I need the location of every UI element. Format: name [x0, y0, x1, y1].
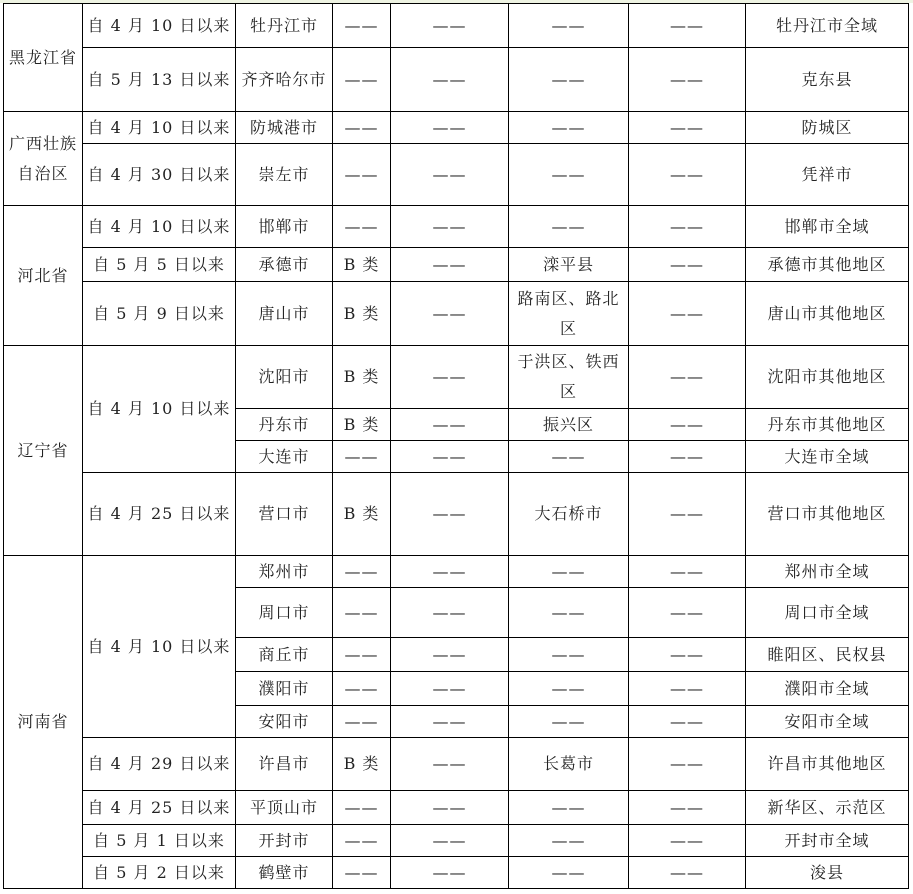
- c7-cell: ——: [629, 441, 746, 473]
- city-cell: 许昌市: [236, 738, 333, 791]
- city-cell: 崇左市: [236, 144, 333, 206]
- scope-cell: 浚县: [746, 857, 909, 889]
- date-cell: 自 4 月 29 日以来: [83, 738, 236, 791]
- date-cell: 自 4 月 10 日以来: [83, 112, 236, 144]
- c4-cell: ——: [333, 588, 391, 638]
- city-cell: 鹤壁市: [236, 857, 333, 889]
- c7-cell: ——: [629, 556, 746, 588]
- city-cell: 平顶山市: [236, 791, 333, 825]
- scope-cell: 周口市全域: [746, 588, 909, 638]
- city-cell: 开封市: [236, 825, 333, 857]
- city-cell: 齐齐哈尔市: [236, 48, 333, 112]
- c6-cell: ——: [509, 791, 629, 825]
- city-cell: 郑州市: [236, 556, 333, 588]
- city-cell: 牡丹江市: [236, 4, 333, 48]
- table-row: 河南省自 4 月 10 日以来郑州市————————郑州市全域: [4, 556, 909, 588]
- c4-cell: ——: [333, 441, 391, 473]
- c7-cell: ——: [629, 825, 746, 857]
- table-row: 自 5 月 5 日以来承德市B 类——滦平县——承德市其他地区: [4, 248, 909, 282]
- scope-cell: 邯郸市全域: [746, 206, 909, 248]
- city-cell: 营口市: [236, 473, 333, 556]
- c4-cell: ——: [333, 48, 391, 112]
- table-row: 黑龙江省自 4 月 10 日以来牡丹江市————————牡丹江市全域: [4, 4, 909, 48]
- c6-cell: ——: [509, 144, 629, 206]
- date-cell: 自 4 月 10 日以来: [83, 346, 236, 473]
- c6-cell: 路南区、路北区: [509, 282, 629, 346]
- c5-cell: ——: [391, 706, 509, 738]
- c4-cell: B 类: [333, 473, 391, 556]
- c7-cell: ——: [629, 144, 746, 206]
- scope-cell: 沈阳市其他地区: [746, 346, 909, 409]
- c6-cell: ——: [509, 441, 629, 473]
- c5-cell: ——: [391, 441, 509, 473]
- c4-cell: B 类: [333, 248, 391, 282]
- c6-cell: ——: [509, 706, 629, 738]
- scope-cell: 安阳市全域: [746, 706, 909, 738]
- scope-cell: 郑州市全域: [746, 556, 909, 588]
- c7-cell: ——: [629, 638, 746, 672]
- c4-cell: ——: [333, 4, 391, 48]
- table-row: 辽宁省自 4 月 10 日以来沈阳市B 类——于洪区、铁西区——沈阳市其他地区: [4, 346, 909, 409]
- province-cell: 河南省: [4, 556, 83, 889]
- date-cell: 自 5 月 1 日以来: [83, 825, 236, 857]
- c7-cell: ——: [629, 738, 746, 791]
- c4-cell: ——: [333, 638, 391, 672]
- c7-cell: ——: [629, 282, 746, 346]
- scope-cell: 丹东市其他地区: [746, 409, 909, 441]
- scope-cell: 开封市全域: [746, 825, 909, 857]
- c7-cell: ——: [629, 346, 746, 409]
- date-cell: 自 4 月 10 日以来: [83, 4, 236, 48]
- c7-cell: ——: [629, 4, 746, 48]
- c5-cell: ——: [391, 857, 509, 889]
- scope-cell: 大连市全域: [746, 441, 909, 473]
- c7-cell: ——: [629, 857, 746, 889]
- city-cell: 濮阳市: [236, 672, 333, 706]
- city-cell: 商丘市: [236, 638, 333, 672]
- scope-cell: 营口市其他地区: [746, 473, 909, 556]
- table-row: 自 4 月 25 日以来平顶山市————————新华区、示范区: [4, 791, 909, 825]
- date-cell: 自 4 月 25 日以来: [83, 791, 236, 825]
- c6-cell: ——: [509, 556, 629, 588]
- date-cell: 自 5 月 13 日以来: [83, 48, 236, 112]
- c4-cell: ——: [333, 706, 391, 738]
- c6-cell: ——: [509, 112, 629, 144]
- scope-cell: 濮阳市全域: [746, 672, 909, 706]
- c4-cell: ——: [333, 206, 391, 248]
- c6-cell: 于洪区、铁西区: [509, 346, 629, 409]
- c7-cell: ——: [629, 112, 746, 144]
- c7-cell: ——: [629, 48, 746, 112]
- c7-cell: ——: [629, 473, 746, 556]
- c5-cell: ——: [391, 473, 509, 556]
- city-cell: 承德市: [236, 248, 333, 282]
- c5-cell: ——: [391, 409, 509, 441]
- date-cell: 自 4 月 25 日以来: [83, 473, 236, 556]
- scope-cell: 承德市其他地区: [746, 248, 909, 282]
- scope-cell: 防城区: [746, 112, 909, 144]
- c5-cell: ——: [391, 588, 509, 638]
- c4-cell: ——: [333, 825, 391, 857]
- c4-cell: ——: [333, 791, 391, 825]
- city-cell: 防城港市: [236, 112, 333, 144]
- scope-cell: 睢阳区、民权县: [746, 638, 909, 672]
- table-row: 自 5 月 9 日以来唐山市B 类——路南区、路北区——唐山市其他地区: [4, 282, 909, 346]
- date-cell: 自 5 月 5 日以来: [83, 248, 236, 282]
- table-row: 自 4 月 25 日以来营口市B 类——大石桥市——营口市其他地区: [4, 473, 909, 556]
- c6-cell: ——: [509, 857, 629, 889]
- table-row: 自 5 月 13 日以来齐齐哈尔市————————克东县: [4, 48, 909, 112]
- c7-cell: ——: [629, 206, 746, 248]
- scope-cell: 凭祥市: [746, 144, 909, 206]
- c6-cell: 长葛市: [509, 738, 629, 791]
- scope-cell: 克东县: [746, 48, 909, 112]
- c7-cell: ——: [629, 409, 746, 441]
- c6-cell: ——: [509, 4, 629, 48]
- table-row: 自 5 月 2 日以来鹤壁市————————浚县: [4, 857, 909, 889]
- c5-cell: ——: [391, 282, 509, 346]
- c5-cell: ——: [391, 346, 509, 409]
- province-cell: 黑龙江省: [4, 4, 83, 112]
- table-row: 河北省自 4 月 10 日以来邯郸市————————邯郸市全域: [4, 206, 909, 248]
- c4-cell: B 类: [333, 738, 391, 791]
- c4-cell: ——: [333, 857, 391, 889]
- c5-cell: ——: [391, 206, 509, 248]
- c6-cell: 大石桥市: [509, 473, 629, 556]
- c4-cell: B 类: [333, 282, 391, 346]
- province-cell: 辽宁省: [4, 346, 83, 556]
- c6-cell: 振兴区: [509, 409, 629, 441]
- c4-cell: B 类: [333, 346, 391, 409]
- scope-cell: 牡丹江市全域: [746, 4, 909, 48]
- c4-cell: ——: [333, 672, 391, 706]
- c6-cell: ——: [509, 206, 629, 248]
- c7-cell: ——: [629, 588, 746, 638]
- province-cell: 广西壮族自治区: [4, 112, 83, 206]
- c5-cell: ——: [391, 144, 509, 206]
- scope-cell: 唐山市其他地区: [746, 282, 909, 346]
- date-cell: 自 4 月 10 日以来: [83, 206, 236, 248]
- scope-cell: 新华区、示范区: [746, 791, 909, 825]
- c5-cell: ——: [391, 48, 509, 112]
- table-row: 自 4 月 29 日以来许昌市B 类——长葛市——许昌市其他地区: [4, 738, 909, 791]
- city-cell: 邯郸市: [236, 206, 333, 248]
- c5-cell: ——: [391, 825, 509, 857]
- c5-cell: ——: [391, 248, 509, 282]
- city-cell: 周口市: [236, 588, 333, 638]
- table-row: 自 5 月 1 日以来开封市————————开封市全域: [4, 825, 909, 857]
- c4-cell: ——: [333, 112, 391, 144]
- c4-cell: B 类: [333, 409, 391, 441]
- c7-cell: ——: [629, 706, 746, 738]
- c6-cell: ——: [509, 48, 629, 112]
- c5-cell: ——: [391, 4, 509, 48]
- date-cell: 自 4 月 10 日以来: [83, 556, 236, 738]
- region-table: 黑龙江省自 4 月 10 日以来牡丹江市————————牡丹江市全域自 5 月 …: [3, 3, 909, 889]
- date-cell: 自 5 月 9 日以来: [83, 282, 236, 346]
- c5-cell: ——: [391, 791, 509, 825]
- c6-cell: ——: [509, 588, 629, 638]
- c6-cell: ——: [509, 638, 629, 672]
- c6-cell: 滦平县: [509, 248, 629, 282]
- c6-cell: ——: [509, 825, 629, 857]
- c6-cell: ——: [509, 672, 629, 706]
- c5-cell: ——: [391, 738, 509, 791]
- c5-cell: ——: [391, 112, 509, 144]
- city-cell: 唐山市: [236, 282, 333, 346]
- c5-cell: ——: [391, 556, 509, 588]
- table-row: 广西壮族自治区自 4 月 10 日以来防城港市————————防城区: [4, 112, 909, 144]
- city-cell: 丹东市: [236, 409, 333, 441]
- city-cell: 大连市: [236, 441, 333, 473]
- date-cell: 自 4 月 30 日以来: [83, 144, 236, 206]
- city-cell: 沈阳市: [236, 346, 333, 409]
- table-row: 自 4 月 30 日以来崇左市————————凭祥市: [4, 144, 909, 206]
- province-cell: 河北省: [4, 206, 83, 346]
- c7-cell: ——: [629, 248, 746, 282]
- c5-cell: ——: [391, 638, 509, 672]
- c7-cell: ——: [629, 672, 746, 706]
- scope-cell: 许昌市其他地区: [746, 738, 909, 791]
- city-cell: 安阳市: [236, 706, 333, 738]
- table-body: 黑龙江省自 4 月 10 日以来牡丹江市————————牡丹江市全域自 5 月 …: [4, 4, 909, 889]
- date-cell: 自 5 月 2 日以来: [83, 857, 236, 889]
- c4-cell: ——: [333, 144, 391, 206]
- c4-cell: ——: [333, 556, 391, 588]
- c5-cell: ——: [391, 672, 509, 706]
- c7-cell: ——: [629, 791, 746, 825]
